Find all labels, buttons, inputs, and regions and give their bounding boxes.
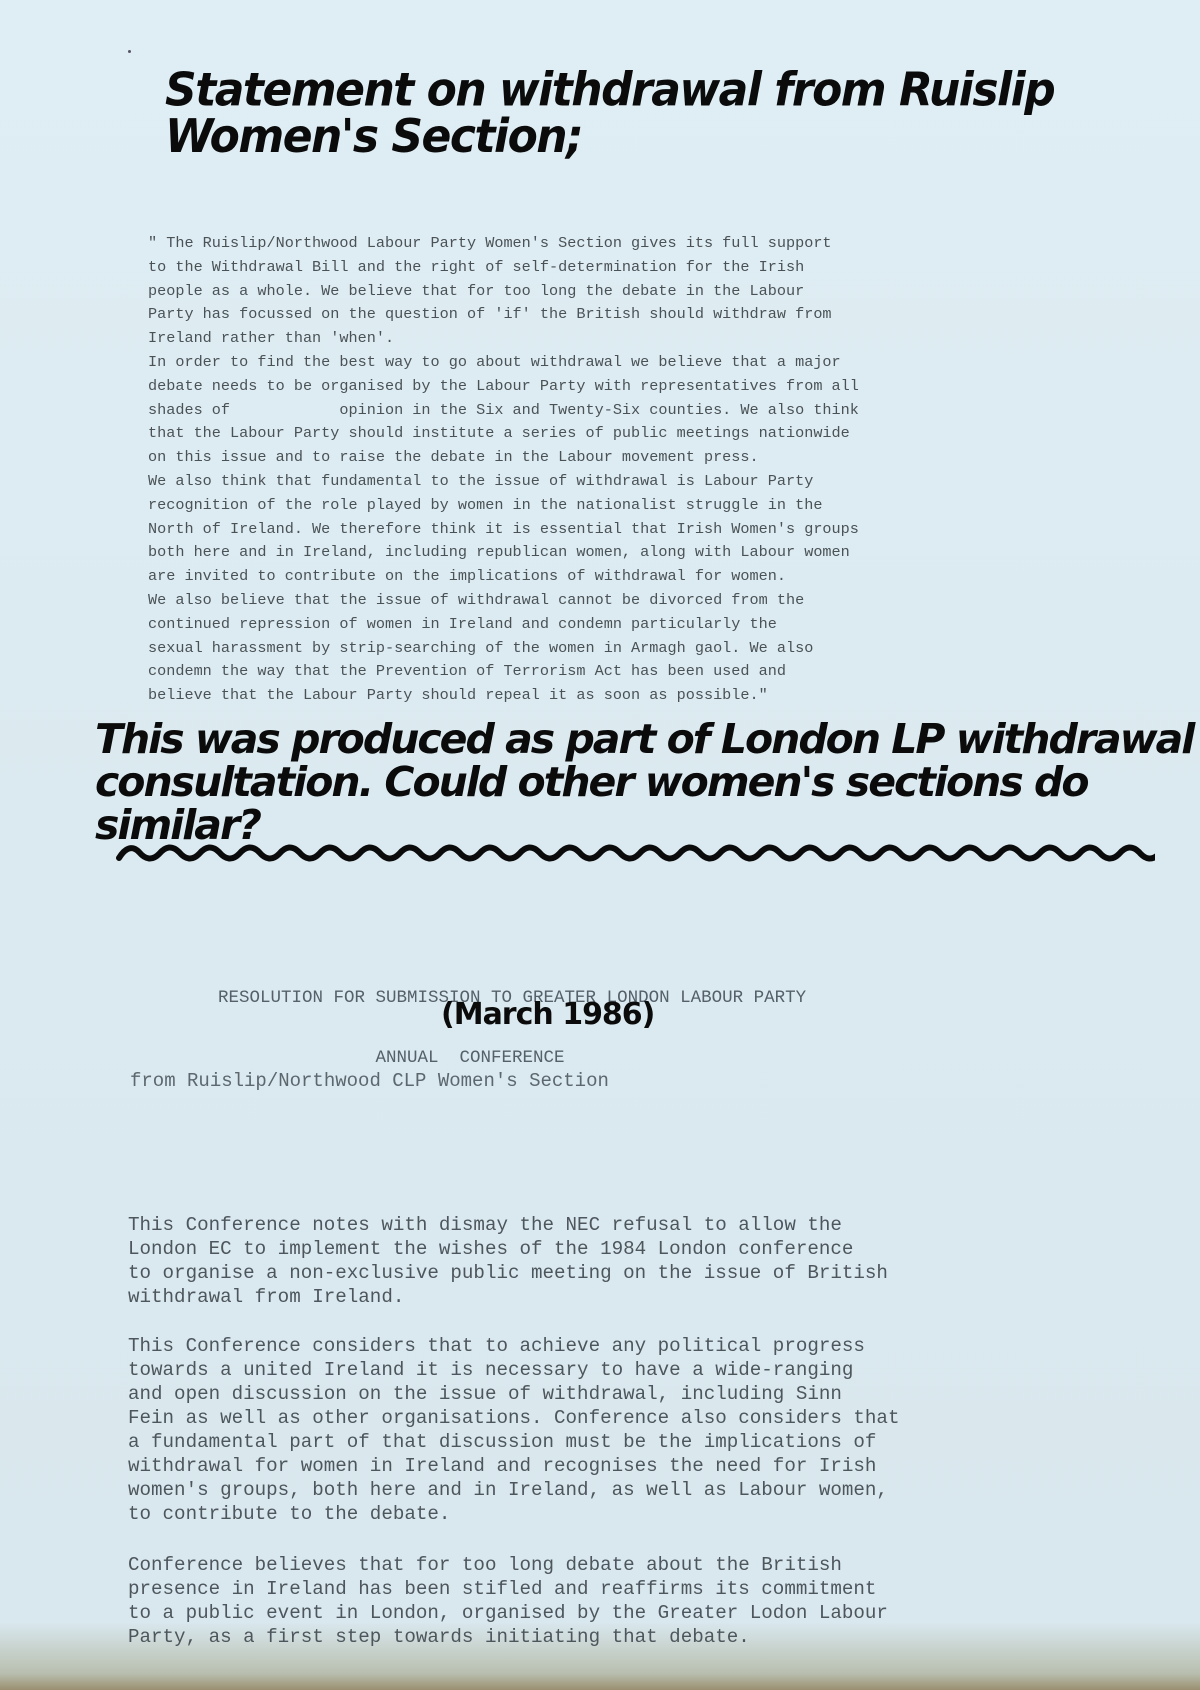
statement-line: believe that the Labour Party should rep… [148, 684, 1128, 708]
note-line-2: consultation. Could other women's sectio… [95, 761, 1200, 847]
statement-line: shades of opinion in the Six and Twenty-… [148, 399, 1128, 423]
statement-line: We also think that fundamental to the is… [148, 470, 1128, 494]
paragraph-line: This Conference considers that to achiev… [128, 1334, 1148, 1358]
resolution-heading-line-2: ANNUAL CONFERENCE [218, 1048, 806, 1068]
paragraph-line: a fundamental part of that discussion mu… [128, 1430, 1148, 1454]
statement-line: " The Ruislip/Northwood Labour Party Wom… [148, 232, 1128, 256]
statement-line: both here and in Ireland, including repu… [148, 541, 1128, 565]
statement-line: are invited to contribute on the implica… [148, 565, 1128, 589]
paragraph-line: women's groups, both here and in Ireland… [128, 1478, 1148, 1502]
wavy-divider [115, 836, 1155, 870]
statement-line: sexual harassment by strip-searching of … [148, 637, 1128, 661]
paragraph-line: to a public event in London, organised b… [128, 1601, 1148, 1625]
paragraph-line: to organise a non-exclusive public meeti… [128, 1261, 1148, 1285]
statement-line: Party has focussed on the question of 'i… [148, 303, 1128, 327]
statement-quote: " The Ruislip/Northwood Labour Party Wom… [148, 232, 1128, 708]
paragraph-line: Conference believes that for too long de… [128, 1553, 1148, 1577]
statement-line: recognition of the role played by women … [148, 494, 1128, 518]
paper-speck [128, 50, 131, 53]
paragraph-line: London EC to implement the wishes of the… [128, 1237, 1148, 1261]
paragraph-line: and open discussion on the issue of with… [128, 1382, 1148, 1406]
statement-line: In order to find the best way to go abou… [148, 351, 1128, 375]
paragraph-line: presence in Ireland has been stifled and… [128, 1577, 1148, 1601]
paragraph-line: Party, as a first step towards initiatin… [128, 1625, 1148, 1649]
paragraph-line: towards a united Ireland it is necessary… [128, 1358, 1148, 1382]
handwritten-note: This was produced as part of London LP w… [95, 718, 1200, 847]
statement-line: on this issue and to raise the debate in… [148, 446, 1128, 470]
scanned-page: Statement on withdrawal from Ruislip Wom… [0, 0, 1200, 1690]
statement-line: condemn the way that the Prevention of T… [148, 660, 1128, 684]
handwritten-title: Statement on withdrawal from Ruislip Wom… [165, 68, 1054, 160]
paragraph-line: withdrawal from Ireland. [128, 1285, 1148, 1309]
title-line-1: Statement on withdrawal from Ruislip [165, 68, 1054, 114]
paragraph-line: Fein as well as other organisations. Con… [128, 1406, 1148, 1430]
resolution-paragraph-2: This Conference considers that to achiev… [128, 1334, 1148, 1526]
from-line: from Ruislip/Northwood CLP Women's Secti… [130, 1070, 609, 1092]
title-line-2: Women's Section; [165, 114, 1054, 160]
resolution-paragraph-3: Conference believes that for too long de… [128, 1553, 1148, 1649]
statement-line: We also believe that the issue of withdr… [148, 589, 1128, 613]
paragraph-line: This Conference notes with dismay the NE… [128, 1213, 1148, 1237]
statement-line: that the Labour Party should institute a… [148, 422, 1128, 446]
handwritten-date: (March 1986) [441, 999, 654, 1031]
paragraph-line: to contribute to the debate. [128, 1502, 1148, 1526]
statement-line: North of Ireland. We therefore think it … [148, 518, 1128, 542]
paragraph-line: withdrawal for women in Ireland and reco… [128, 1454, 1148, 1478]
resolution-paragraph-1: This Conference notes with dismay the NE… [128, 1213, 1148, 1309]
statement-line: debate needs to be organised by the Labo… [148, 375, 1128, 399]
note-line-1: This was produced as part of London LP w… [95, 718, 1200, 761]
statement-line: to the Withdrawal Bill and the right of … [148, 256, 1128, 280]
statement-line: people as a whole. We believe that for t… [148, 280, 1128, 304]
statement-line: Ireland rather than 'when'. [148, 327, 1128, 351]
statement-line: continued repression of women in Ireland… [148, 613, 1128, 637]
